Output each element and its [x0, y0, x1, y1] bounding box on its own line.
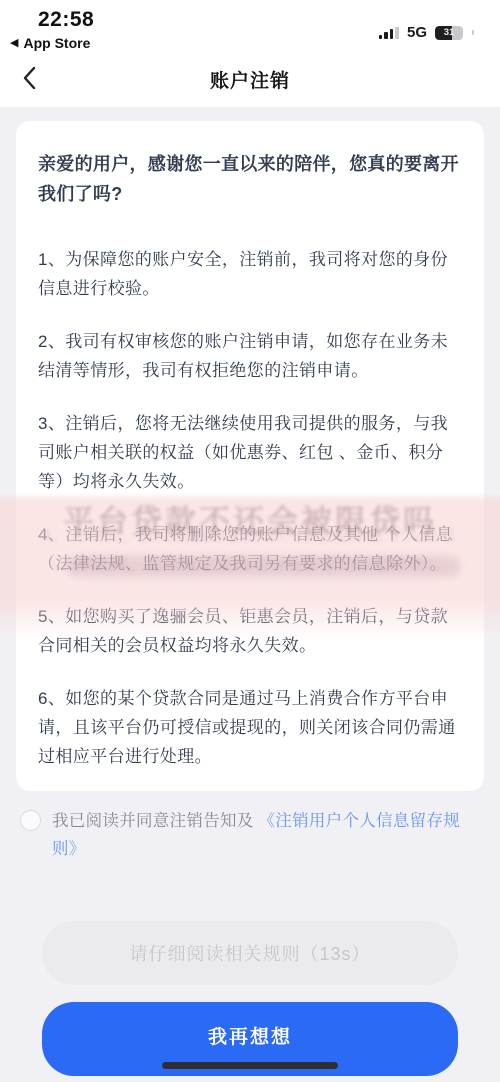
notice-card: 亲爱的用户，感谢您一直以来的陪伴，您真的要离开我们了吗? 1、为保障您的账户安全…	[16, 121, 484, 791]
page-content: 亲爱的用户，感谢您一直以来的陪伴，您真的要离开我们了吗? 1、为保障您的账户安全…	[0, 107, 500, 1076]
back-button[interactable]	[16, 63, 42, 93]
agreement-text-plain: 我已阅读并同意注销告知及	[52, 812, 258, 830]
notice-list: 1、为保障您的账户安全，注销前，我司将对您的身份信息进行校验。2、我司有权审核您…	[38, 245, 462, 771]
battery-icon: 31	[435, 26, 463, 40]
network-type-label: 5G	[407, 24, 427, 41]
nav-bar: 账户注销	[0, 51, 500, 107]
notice-greeting: 亲爱的用户，感谢您一直以来的陪伴，您真的要离开我们了吗?	[38, 149, 462, 209]
notice-item-3: 3、注销后，您将无法继续使用我司提供的服务，与我司账户相关联的权益（如优惠券、红…	[38, 409, 462, 496]
battery-nub	[472, 30, 474, 35]
read-timer-button: 请仔细阅读相关规则（13s）	[42, 921, 458, 985]
status-indicators: 5G 31	[379, 24, 474, 41]
notice-item-1: 1、为保障您的账户安全，注销前，我司将对您的身份信息进行校验。	[38, 245, 462, 303]
status-bar: 22:58 ◀ App Store 5G 31	[0, 0, 500, 51]
back-app-label: App Store	[23, 35, 90, 51]
notice-item-5: 5、如您购买了逸骊会员、钜惠会员，注销后，与贷款合同相关的会员权益均将永久失效。	[38, 602, 462, 660]
agreement-checkbox[interactable]	[20, 810, 41, 831]
notice-item-2: 2、我司有权审核您的账户注销申请，如您存在业务未结清等情形，我司有权拒绝您的注销…	[38, 327, 462, 385]
battery-percent: 31	[435, 26, 463, 40]
signal-strength-icon	[379, 27, 399, 39]
home-indicator[interactable]	[162, 1062, 338, 1069]
back-triangle-icon: ◀	[10, 38, 18, 49]
notice-item-4: 4、注销后，我司将删除您的账户信息及其他 个人信息（法律法规、监管规定及我司另有…	[38, 520, 462, 578]
notice-item-6: 6、如您的某个贷款合同是通过马上消费合作方平台申请，且该平台仍可授信或提现的，则…	[38, 684, 462, 771]
agreement-row: 我已阅读并同意注销告知及 《注销用户个人信息留存规则》	[20, 807, 480, 863]
agreement-text: 我已阅读并同意注销告知及 《注销用户个人信息留存规则》	[52, 807, 480, 863]
chevron-left-icon	[22, 66, 36, 90]
page-title: 账户注销	[210, 66, 290, 93]
